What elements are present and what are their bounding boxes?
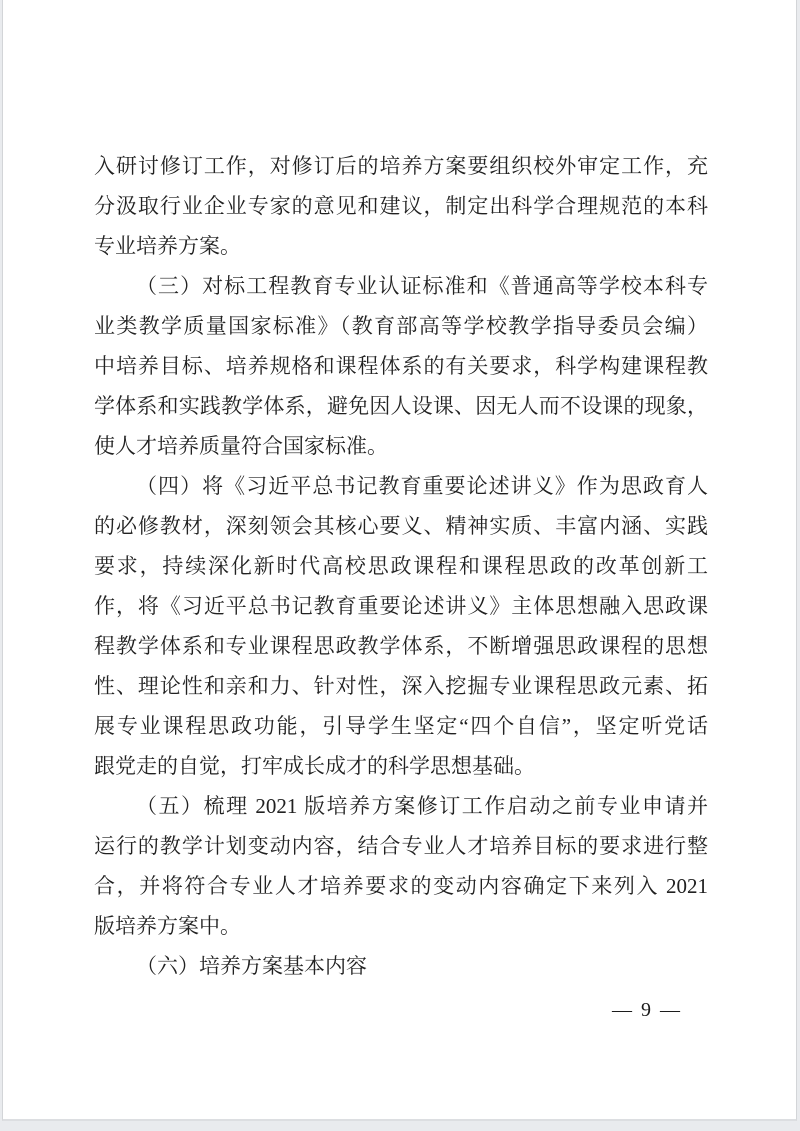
paragraph: （三）对标工程教育专业认证标准和《普通高等学校本科专业类教学质量国家标准》（教育… — [94, 266, 708, 466]
paragraph: （六）培养方案基本内容 — [94, 946, 708, 986]
text-line: 使人才培养质量符合国家标准。 — [94, 426, 708, 466]
text-line: 的必修教材，深刻领会其核心要义、精神实质、丰富内涵、实践 — [94, 506, 708, 546]
text-line: 入研讨修订工作，对修订后的培养方案要组织校外审定工作，充 — [94, 146, 708, 186]
paragraph: （四）将《习近平总书记教育重要论述讲义》作为思政育人的必修教材，深刻领会其核心要… — [94, 466, 708, 786]
text-line: （四）将《习近平总书记教育重要论述讲义》作为思政育人 — [94, 466, 708, 506]
text-line: （五）梳理 2021 版培养方案修订工作启动之前专业申请并 — [94, 786, 708, 826]
page-number: — 9 — — [612, 998, 682, 1022]
document-body: 入研讨修订工作，对修订后的培养方案要组织校外审定工作，充分汲取行业企业专家的意见… — [94, 146, 708, 986]
text-line: 版培养方案中。 — [94, 906, 708, 946]
text-line: 合，并将符合专业人才培养要求的变动内容确定下来列入 2021 — [94, 866, 708, 906]
paragraph: 入研讨修订工作，对修订后的培养方案要组织校外审定工作，充分汲取行业企业专家的意见… — [94, 146, 708, 266]
text-line: 要求，持续深化新时代高校思政课程和课程思政的改革创新工 — [94, 546, 708, 586]
document-page: 入研讨修订工作，对修订后的培养方案要组织校外审定工作，充分汲取行业企业专家的意见… — [2, 0, 797, 1121]
text-line: 中培养目标、培养规格和课程体系的有关要求，科学构建课程教 — [94, 346, 708, 386]
text-line: 专业培养方案。 — [94, 226, 708, 266]
text-line: 分汲取行业企业专家的意见和建议，制定出科学合理规范的本科 — [94, 186, 708, 226]
text-line: 性、理论性和亲和力、针对性，深入挖掘专业课程思政元素、拓 — [94, 666, 708, 706]
text-line: 学体系和实践教学体系，避免因人设课、因无人而不设课的现象， — [94, 386, 708, 426]
text-line: 程教学体系和专业课程思政教学体系，不断增强思政课程的思想 — [94, 626, 708, 666]
text-line: （六）培养方案基本内容 — [94, 946, 708, 986]
text-line: （三）对标工程教育专业认证标准和《普通高等学校本科专 — [94, 266, 708, 306]
text-line: 展专业课程思政功能，引导学生坚定“四个自信”，坚定听党话 — [94, 706, 708, 746]
text-line: 运行的教学计划变动内容，结合专业人才培养目标的要求进行整 — [94, 826, 708, 866]
text-line: 跟党走的自觉，打牢成长成才的科学思想基础。 — [94, 746, 708, 786]
paragraph: （五）梳理 2021 版培养方案修订工作启动之前专业申请并运行的教学计划变动内容… — [94, 786, 708, 946]
text-line: 业类教学质量国家标准》（教育部高等学校教学指导委员会编） — [94, 306, 708, 346]
text-line: 作，将《习近平总书记教育重要论述讲义》主体思想融入思政课 — [94, 586, 708, 626]
document-viewer: 入研讨修订工作，对修订后的培养方案要组织校外审定工作，充分汲取行业企业专家的意见… — [0, 0, 800, 1131]
